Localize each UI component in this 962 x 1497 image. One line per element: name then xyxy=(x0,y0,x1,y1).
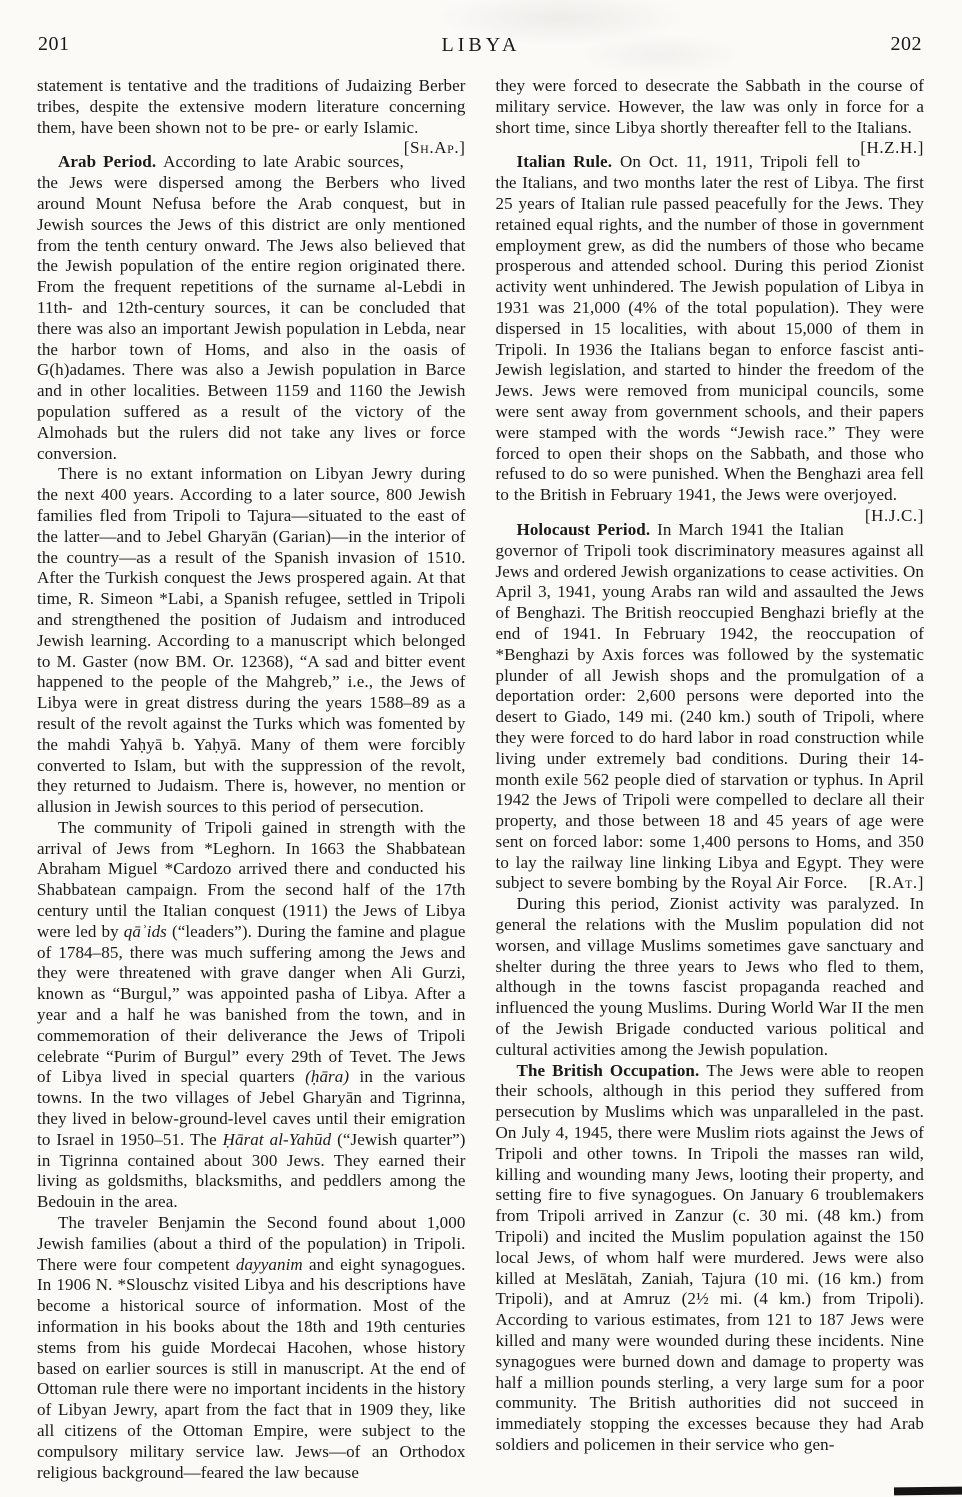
italic-term: dayyanim xyxy=(236,1255,303,1274)
paragraph: Holocaust Period. In March 1941 the Ital… xyxy=(496,520,925,894)
text-run: The Jews were able to reopen their schoo… xyxy=(496,1061,925,1454)
text-run: During this period, Zionist activity was… xyxy=(496,894,925,1059)
page-header: 201 LIBYA 202 xyxy=(0,0,962,76)
paragraph: There is no extant information on Libyan… xyxy=(37,464,466,818)
author-signature: [R.At.] xyxy=(848,873,924,894)
paragraph: Arab Period. According to late Arabic so… xyxy=(37,152,466,464)
paragraph: Italian Rule. On Oct. 11, 1911, Tripoli … xyxy=(496,152,925,506)
section-heading: Holocaust Period. xyxy=(517,520,658,539)
text-run: they were forced to desecrate the Sabbat… xyxy=(496,76,925,137)
text-run: There is no extant information on Libyan… xyxy=(37,464,466,816)
right-column: they were forced to desecrate the Sabbat… xyxy=(496,76,925,1483)
italic-term: (ḥāra) xyxy=(305,1067,349,1086)
text-columns: statement is tentative and the tradition… xyxy=(0,76,962,1483)
paragraph: they were forced to desecrate the Sabbat… xyxy=(496,76,925,138)
encyclopedia-page: 201 LIBYA 202 statement is tentative and… xyxy=(0,0,962,1497)
paragraph: The community of Tripoli gained in stren… xyxy=(37,818,466,1213)
italic-term: qāʾids xyxy=(124,922,167,941)
section-heading: The British Occupation. xyxy=(517,1061,707,1080)
text-run: On Oct. 11, 1911, Tripoli fell to the It… xyxy=(496,152,925,504)
paragraph: The British Occupation. The Jews were ab… xyxy=(496,1061,925,1456)
section-heading: Italian Rule. xyxy=(517,152,620,171)
page-title: LIBYA xyxy=(0,34,962,57)
text-run: According to late Arabic sources, the Je… xyxy=(37,152,466,462)
paragraph: The traveler Benjamin the Second found a… xyxy=(37,1213,466,1483)
section-heading: Arab Period. xyxy=(58,152,163,171)
text-run: statement is tentative and the tradition… xyxy=(37,76,466,137)
text-run: (“leaders”). During the famine and plagu… xyxy=(37,922,466,1087)
text-run: and eight synagogues. In 1906 N. *Slousc… xyxy=(37,1255,466,1482)
italic-term: Ḥārat al-Yahūd xyxy=(223,1130,332,1149)
left-column: statement is tentative and the tradition… xyxy=(37,76,466,1483)
author-signature: [Sh.Ap.] xyxy=(404,138,466,159)
text-run: In March 1941 the Italian governor of Tr… xyxy=(496,520,925,893)
author-signature: [H.J.C.] xyxy=(844,506,924,527)
paragraph: statement is tentative and the tradition… xyxy=(37,76,466,138)
scan-edge-mark xyxy=(894,1487,962,1496)
paragraph: During this period, Zionist activity was… xyxy=(496,894,925,1060)
page-number-right: 202 xyxy=(891,33,923,56)
author-signature: [H.Z.H.] xyxy=(860,138,924,159)
